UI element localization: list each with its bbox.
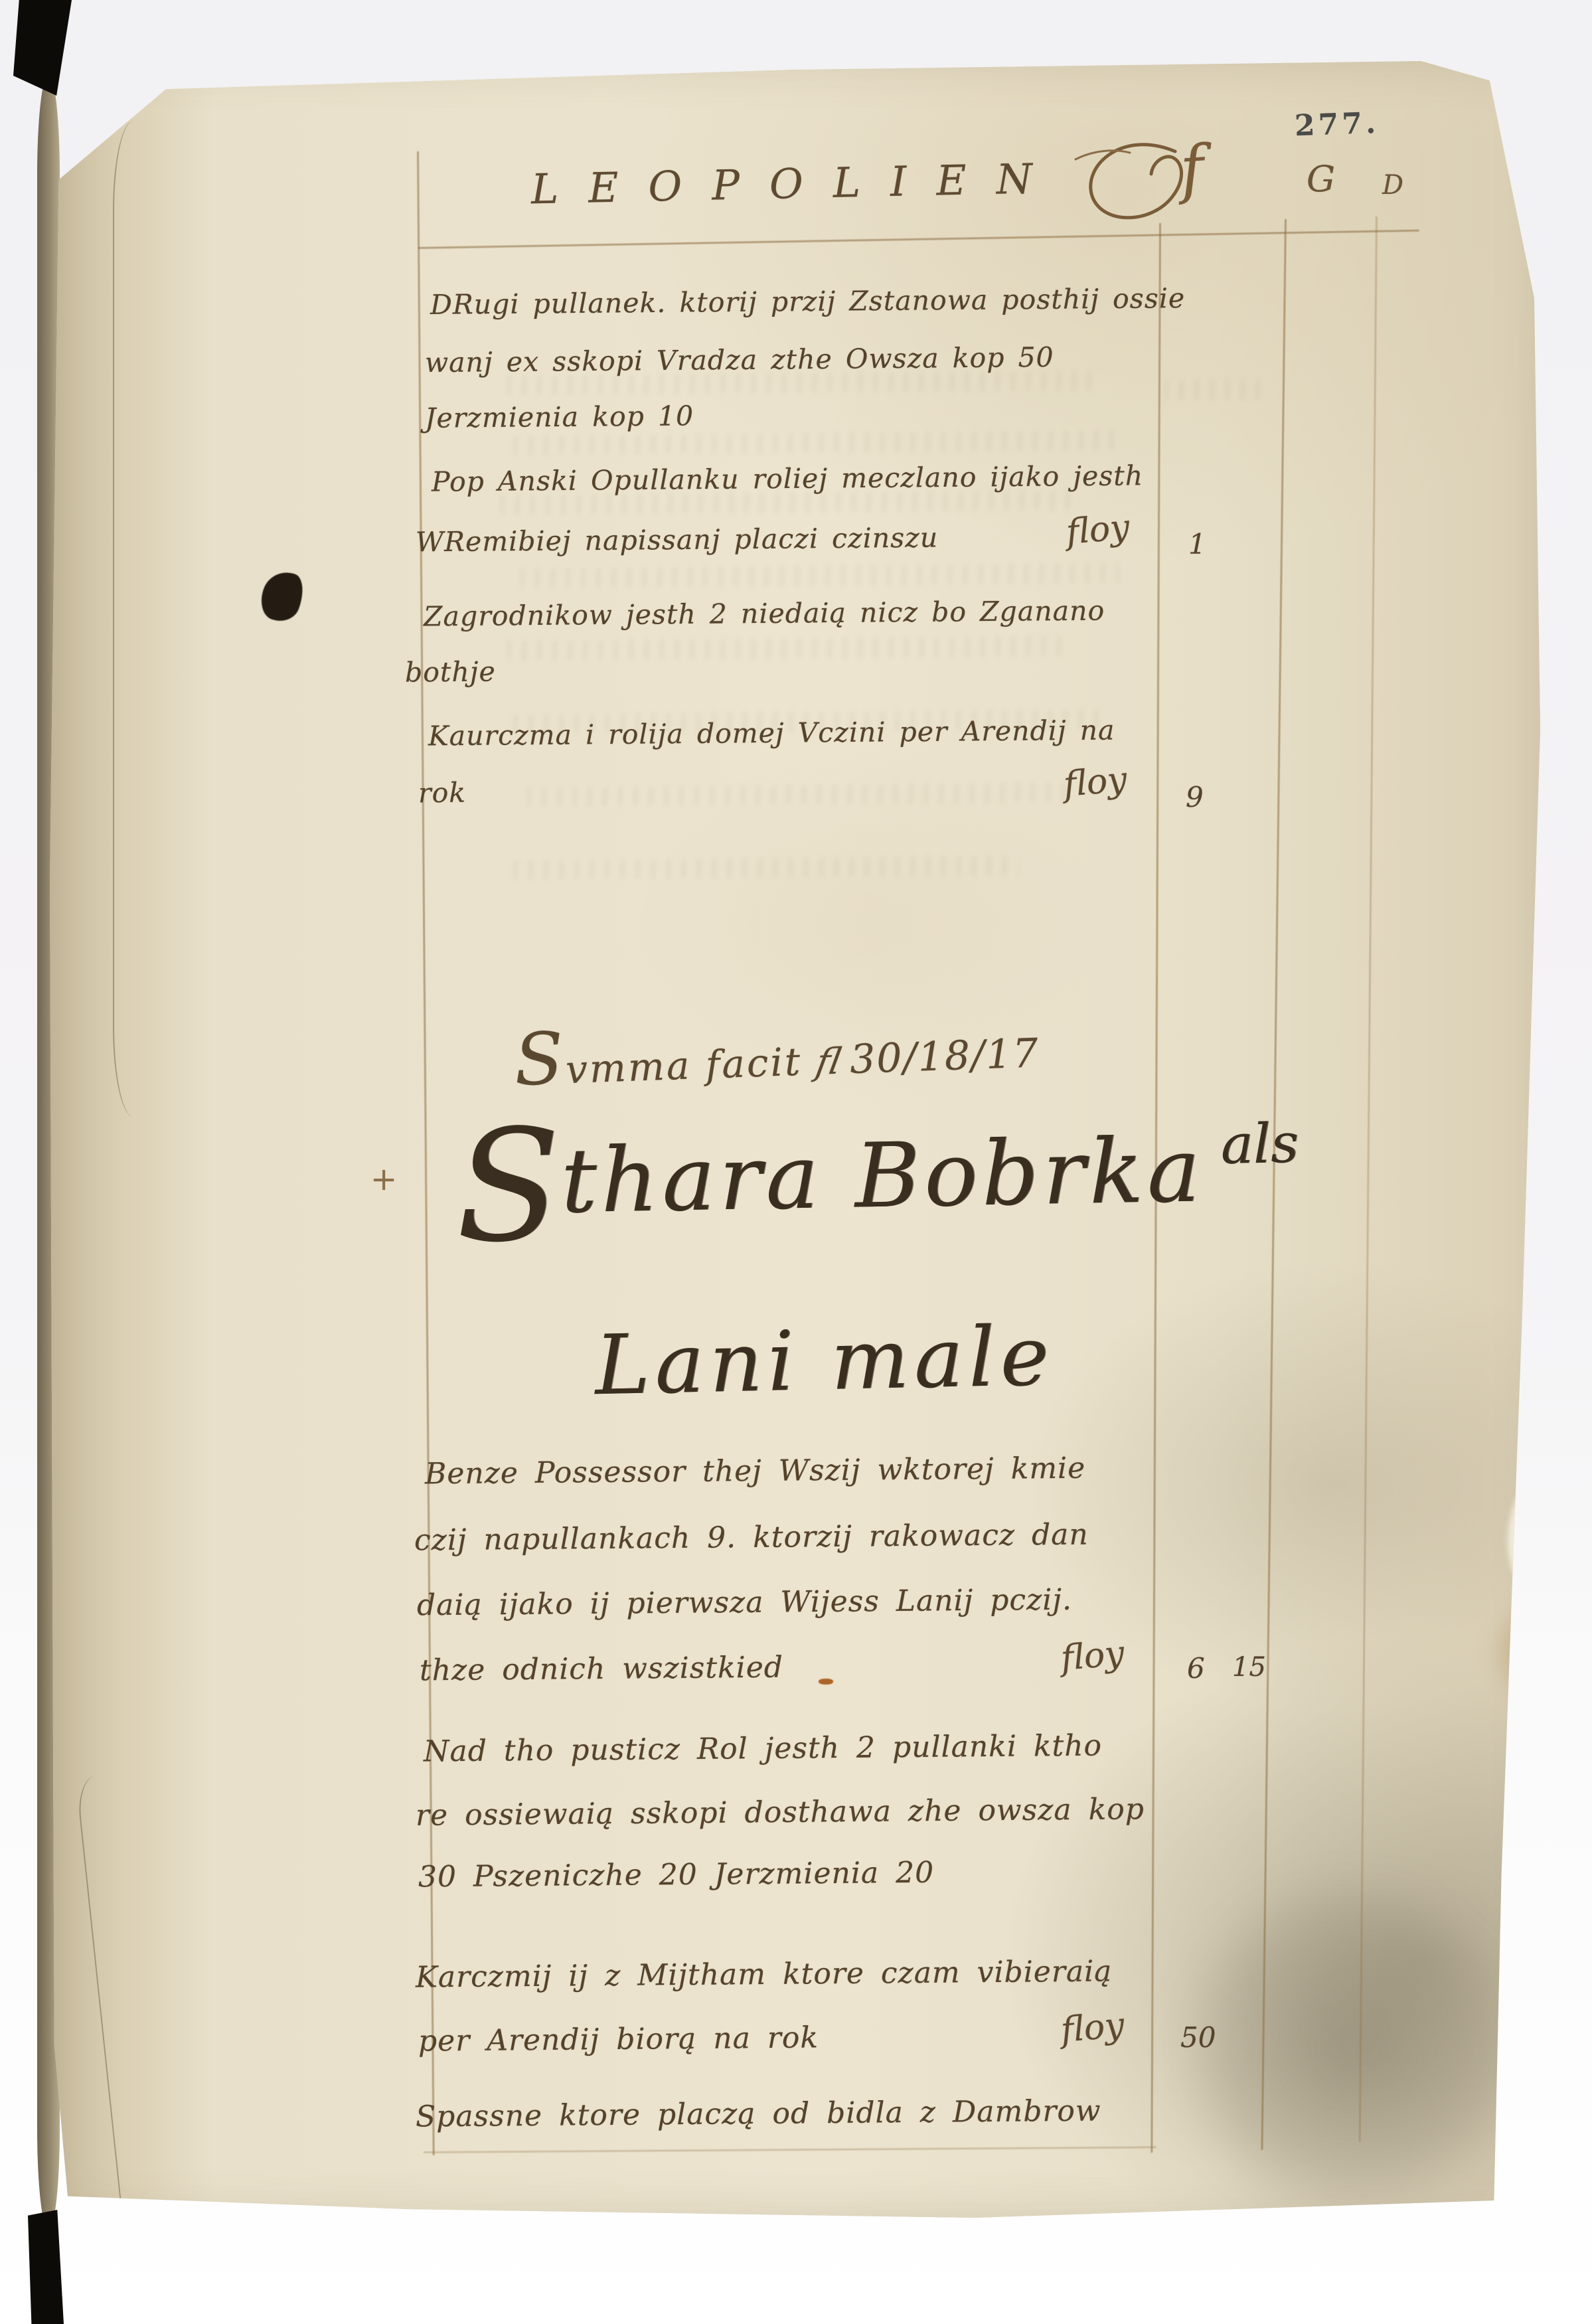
show-through-text-ghost [1165, 379, 1265, 400]
column-letter-g: G [1307, 158, 1335, 200]
fox-stain [1464, 1575, 1592, 1728]
show-through-text-ghost [515, 430, 1125, 456]
ledger-line: daią ijako ij pierwsza Wijess Lanij pczi… [417, 1583, 1072, 1623]
ledger-line: czij napullankach 9. ktorzij rakowacz da… [414, 1518, 1089, 1558]
amount-value-florins: 50 [1180, 2021, 1216, 2054]
amount-value-florins: 9 [1186, 781, 1204, 813]
ledger-line: Nad tho pusticz Rol jesth 2 pullanki kth… [424, 1729, 1102, 1769]
section-title-suffix: als [1220, 1112, 1299, 1177]
binding-strap-top [13, 0, 72, 100]
fox-spot-mark [819, 1679, 833, 1685]
ink-spot-mark [1564, 608, 1591, 642]
section-title-main: thara Bobrka [560, 1118, 1205, 1233]
ledger-line: thze odnich wszistkied [420, 1651, 783, 1688]
amount-label: floy [1065, 507, 1131, 552]
ledger-line: 30 Pszeniczhe 20 Jerzmienia 20 [418, 1856, 935, 1894]
binding-strap-bottom [28, 2210, 64, 2324]
amount-value-groschen: 15 [1232, 1652, 1266, 1683]
amount-label: floy [1060, 1633, 1126, 1679]
show-through-text-ghost [521, 563, 1119, 588]
ledger-line: Jerzmienia kop 10 [425, 400, 694, 434]
ledger-line: per Arendij biorą na rok [418, 2021, 819, 2058]
florin-symbol: fl [813, 1040, 844, 1083]
show-through-text-ghost [528, 782, 1072, 807]
summa-amount: 30/18/17 [849, 1030, 1040, 1083]
ledger-line: re ossiewaią sskopi dosthawa zhe owsza k… [416, 1792, 1145, 1833]
ledger-line: WRemibiej napissanj placzi czinszu [416, 522, 939, 558]
ledger-line: Zagrodnikow jesth 2 niedaią nicz bo Zgan… [424, 595, 1105, 633]
ledger-line: wanj ex sskopi Vradza zthe Owsza kop 50 [425, 341, 1054, 378]
ledger-line: Kaurczma i rolija domej Vczini per Arend… [428, 714, 1115, 752]
gutter-crack-line [76, 1774, 165, 2240]
amount-label: floy [1060, 2005, 1126, 2050]
ledger-line: Spassne ktore placzą od bidla z Dambrow [416, 2094, 1101, 2133]
section-title-line2: Lani male [594, 1309, 1056, 1414]
show-through-text-ghost [515, 856, 1019, 880]
ledger-line: Benze Possessor thej Wszij wktorej kmie [425, 1452, 1086, 1491]
margin-cross-mark: + [370, 1161, 397, 1198]
amount-label: floy [1062, 760, 1129, 805]
ledger-line: DRugi pullanek. ktorij przij Zstanowa po… [430, 282, 1186, 321]
amount-value-florins: 1 [1188, 528, 1206, 560]
show-through-text-ghost [508, 636, 1066, 661]
ledger-line: rok [418, 777, 467, 809]
amount-value-florins: 6 [1187, 1652, 1205, 1685]
paper-repair-patch [1508, 1469, 1592, 1615]
ledger-line: bothje [405, 655, 496, 688]
ledger-line: Pop Anski Opullanku roliej meczlano ijak… [432, 459, 1144, 497]
ledger-line: Karczmij ij z Mijtham ktore czam vibiera… [416, 1954, 1113, 1994]
section-title-line1: Sthara Bobrkaals [455, 1112, 1301, 1245]
folio-number: 277. [1294, 106, 1380, 143]
gutter-crack-line [113, 121, 154, 1117]
column-letter-d: D [1382, 170, 1403, 201]
summa-label: Svmma facit [514, 1039, 803, 1094]
section-title-initial: S [454, 1096, 563, 1277]
scanned-manuscript: LEOPOLIEN f 277. G D DRugi pullanek. kto… [0, 0, 1592, 2324]
